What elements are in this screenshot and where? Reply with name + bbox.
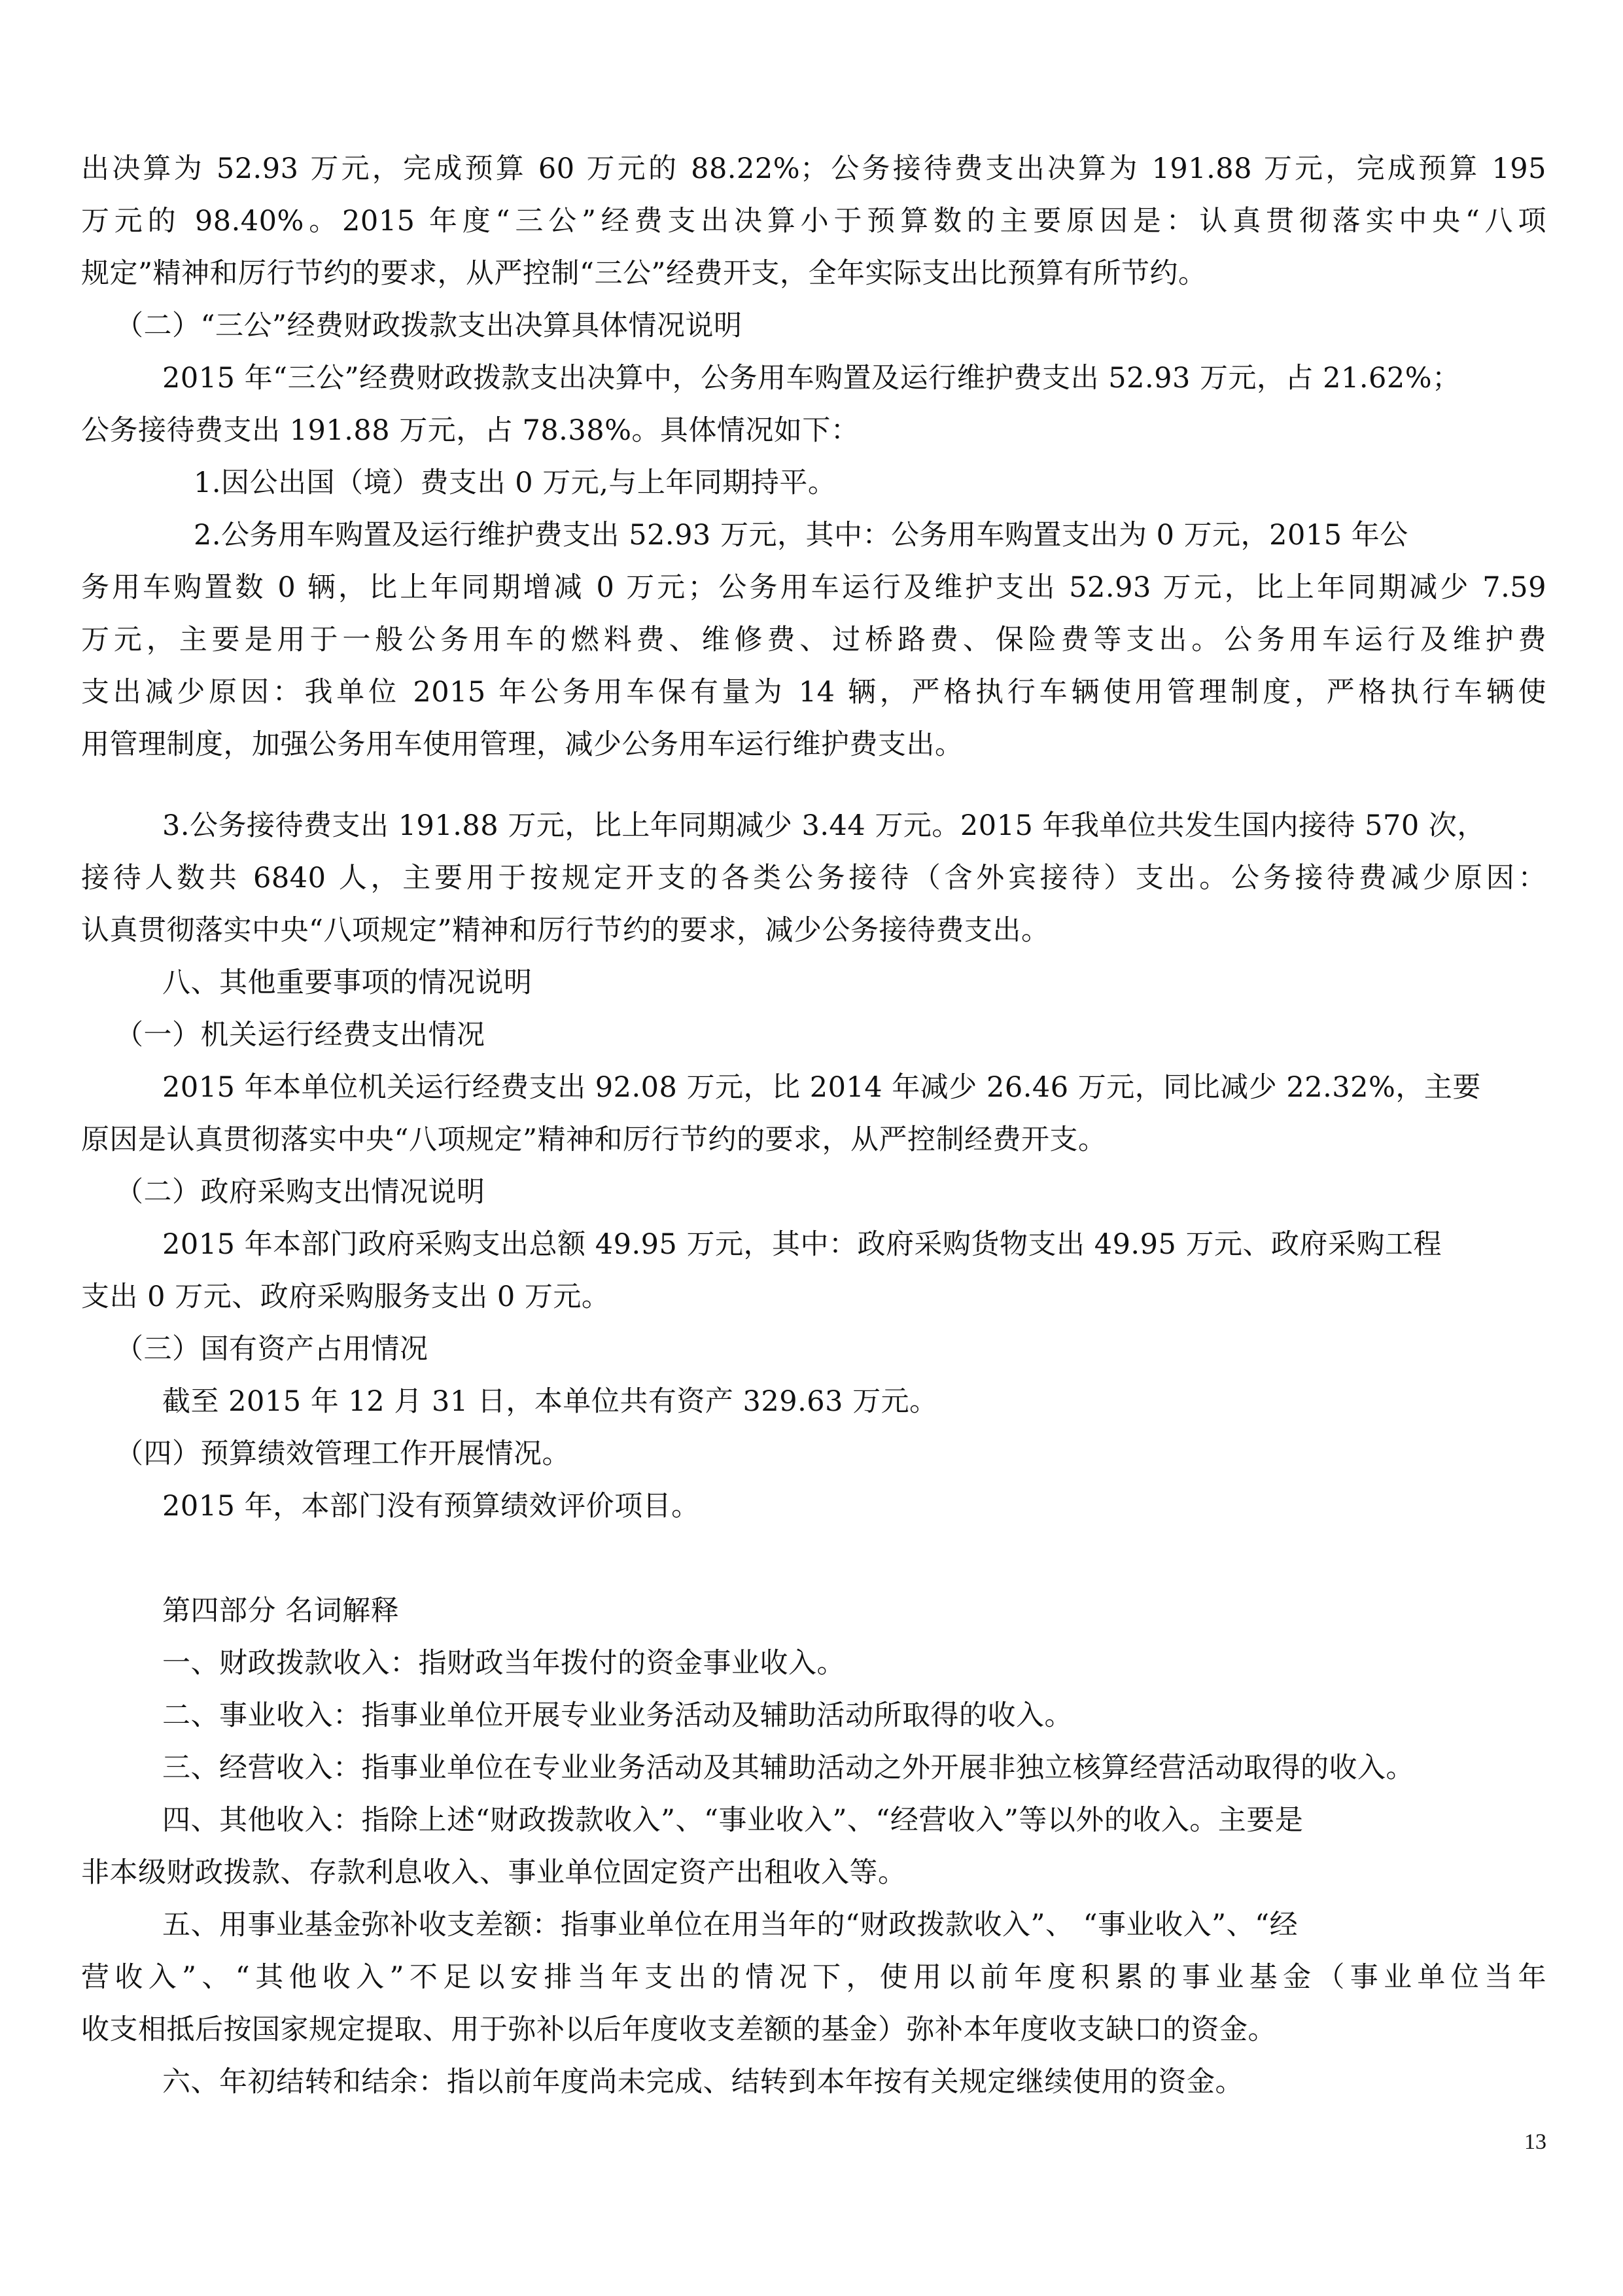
text-line: 截至 2015 年 12 月 31 日，本单位共有资产 329.63 万元。 xyxy=(162,1382,938,1421)
text-line: 公务接待费支出 191.88 万元，占 78.38%。具体情况如下： xyxy=(81,411,859,450)
text-line: 1.因公出国（境）费支出 0 万元,与上年同期持平。 xyxy=(194,463,836,503)
text-line: 支出减少原因：我单位 2015 年公务用车保有量为 14 辆，严格执行车辆使用管… xyxy=(81,673,1546,712)
text-line: 四、其他收入：指除上述“财政拨款收入”、“事业收入”、“经营收入”等以外的收入。… xyxy=(162,1801,1303,1840)
text-line: 万元，主要是用于一般公务用车的燃料费、维修费、过桥路费、保险费等支出。公务用车运… xyxy=(81,620,1546,660)
text-line: 收支相抵后按国家规定提取、用于弥补以后年度收支差额的基金）弥补本年度收支缺口的资… xyxy=(81,2010,1276,2049)
text-line: 八、其他重要事项的情况说明 xyxy=(162,963,532,1002)
text-line: 五、用事业基金弥补收支差额：指事业单位在用当年的“财政拨款收入”、 “事业收入”… xyxy=(162,1905,1298,1945)
text-line: 万元的 98.40%。2015 年度“三公”经费支出决算小于预算数的主要原因是：… xyxy=(81,202,1546,241)
text-line: 规定”精神和厉行节约的要求，从严控制“三公”经费开支，全年实际支出比预算有所节约… xyxy=(81,254,1206,293)
text-line: 务用车购置数 0 辆，比上年同期增减 0 万元；公务用车运行及维护支出 52.9… xyxy=(81,568,1546,607)
text-line: 非本级财政拨款、存款利息收入、事业单位固定资产出租收入等。 xyxy=(81,1853,907,1892)
text-line: 营收入”、“其他收入”不足以安排当年支出的情况下，使用以前年度积累的事业基金（事… xyxy=(81,1958,1546,1997)
text-line: （二）政府采购支出情况说明 xyxy=(115,1173,485,1212)
text-line: 用管理制度，加强公务用车使用管理，减少公务用车运行维护费支出。 xyxy=(81,725,964,764)
text-line: 2015 年“三公”经费财政拨款支出决算中，公务用车购置及运行维护费支出 52.… xyxy=(162,359,1461,398)
text-line: 出决算为 52.93 万元，完成预算 60 万元的 88.22%；公务接待费支出… xyxy=(81,149,1546,188)
text-line: 3.公务接待费支出 191.88 万元，比上年同期减少 3.44 万元。2015… xyxy=(162,806,1486,845)
text-line: 认真贯彻落实中央“八项规定”精神和厉行节约的要求，减少公务接待费支出。 xyxy=(81,911,1049,950)
text-line: 2.公务用车购置及运行维护费支出 52.93 万元，其中：公务用车购置支出为 0… xyxy=(194,516,1408,555)
page-number: 13 xyxy=(1524,2130,1546,2155)
text-line: 三、经营收入：指事业单位在专业业务活动及其辅助活动之外开展非独立核算经营活动取得… xyxy=(162,1748,1414,1788)
text-line: 六、年初结转和结余：指以前年度尚未完成、结转到本年按有关规定继续使用的资金。 xyxy=(162,2062,1244,2102)
text-line: （三）国有资产占用情况 xyxy=(115,1330,428,1369)
text-line: 2015 年本单位机关运行经费支出 92.08 万元，比 2014 年减少 26… xyxy=(162,1068,1481,1107)
text-line: 支出 0 万元、政府采购服务支出 0 万元。 xyxy=(81,1277,610,1316)
text-line: 2015 年，本部门没有预算绩效评价项目。 xyxy=(162,1487,700,1526)
text-line: （四）预算绩效管理工作开展情况。 xyxy=(115,1434,570,1474)
text-line: 第四部分 名词解释 xyxy=(162,1591,399,1631)
text-line: 接待人数共 6840 人，主要用于按规定开支的各类公务接待（含外宾接待）支出。公… xyxy=(81,858,1546,898)
text-line: 一、财政拨款收入：指财政当年拨付的资金事业收入。 xyxy=(162,1644,845,1683)
text-line: 2015 年本部门政府采购支出总额 49.95 万元，其中：政府采购货物支出 4… xyxy=(162,1225,1442,1264)
text-line: 二、事业收入：指事业单位开展专业业务活动及辅助活动所取得的收入。 xyxy=(162,1696,1073,1735)
text-line: 原因是认真贯彻落实中央“八项规定”精神和厉行节约的要求，从严控制经费开支。 xyxy=(81,1120,1106,1159)
text-line: （二）“三公”经费财政拨款支出决算具体情况说明 xyxy=(115,306,742,345)
text-line: （一）机关运行经费支出情况 xyxy=(115,1016,485,1055)
